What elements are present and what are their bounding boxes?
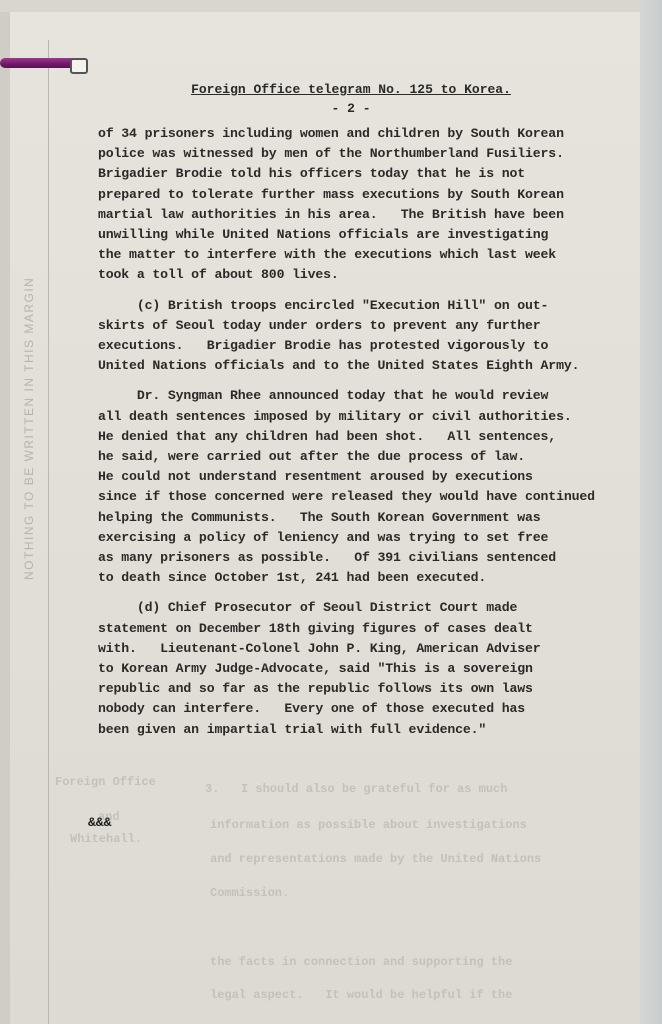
text-line: to death since October 1st, 241 had been…: [98, 568, 658, 588]
text-line: been given an impartial trial with full …: [98, 720, 658, 740]
text-line: nobody can interfere. Every one of those…: [98, 699, 658, 719]
margin-notice: NOTHING TO BE WRITTEN IN THIS MARGIN: [22, 277, 36, 580]
text-line: (c) British troops encircled "Execution …: [98, 296, 658, 316]
text-line: police was witnessed by men of the North…: [98, 144, 658, 164]
text-line: took a toll of about 800 lives.: [98, 265, 658, 285]
text-line: statement on December 18th giving figure…: [98, 619, 658, 639]
text-line: since if those concerned were released t…: [98, 487, 658, 507]
text-line: republic and so far as the republic foll…: [98, 679, 658, 699]
paragraph: Dr. Syngman Rhee announced today that he…: [98, 386, 658, 588]
telegram-heading: Foreign Office telegram No. 125 to Korea…: [0, 82, 662, 97]
text-line: martial law authorities in his area. The…: [98, 205, 658, 225]
page-number: - 2 -: [0, 101, 662, 116]
text-line: (d) Chief Prosecutor of Seoul District C…: [98, 598, 658, 618]
text-line: with. Lieutenant-Colonel John P. King, A…: [98, 639, 658, 659]
heading-text: Foreign Office telegram No. 125 to Korea…: [191, 82, 511, 97]
show-through-margin-1: Foreign Office: [55, 775, 156, 789]
tag-eyelet-icon: [70, 58, 88, 74]
text-line: as many prisoners as possible. Of 391 ci…: [98, 548, 658, 568]
text-line: of 34 prisoners including women and chil…: [98, 124, 658, 144]
page-top-edge: [0, 0, 662, 12]
text-line: the matter to interfere with the executi…: [98, 245, 658, 265]
text-line: Dr. Syngman Rhee announced today that he…: [98, 386, 658, 406]
text-line: He denied that any children had been sho…: [98, 427, 658, 447]
show-through-margin-3: Whitehall.: [70, 832, 142, 846]
text-line: helping the Communists. The South Korean…: [98, 508, 658, 528]
text-line: United Nations officials and to the Unit…: [98, 356, 658, 376]
telegram-body: of 34 prisoners including women and chil…: [98, 124, 658, 750]
text-line: executions. Brigadier Brodie has protest…: [98, 336, 658, 356]
text-line: prepared to tolerate further mass execut…: [98, 185, 658, 205]
text-line: He could not understand resentment arous…: [98, 467, 658, 487]
show-through-line-6: legal aspect. It would be helpful if the: [210, 988, 512, 1002]
end-mark: &&&: [88, 815, 111, 830]
text-line: skirts of Seoul today under orders to pr…: [98, 316, 658, 336]
show-through-line-1: 3. I should also be grateful for as much: [205, 782, 507, 796]
text-line: Brigadier Brodie told his officers today…: [98, 164, 658, 184]
margin-rule: [48, 40, 49, 1024]
show-through-line-4: Commission.: [210, 886, 289, 900]
text-line: he said, were carried out after the due …: [98, 447, 658, 467]
text-line: all death sentences imposed by military …: [98, 407, 658, 427]
text-line: to Korean Army Judge-Advocate, said "Thi…: [98, 659, 658, 679]
treasury-tag-string: [0, 58, 76, 68]
text-line: unwilling while United Nations officials…: [98, 225, 658, 245]
page-number-text: - 2 -: [331, 101, 370, 116]
paragraph: (c) British troops encircled "Execution …: [98, 296, 658, 377]
paragraph: of 34 prisoners including women and chil…: [98, 124, 658, 286]
show-through-line-2: information as possible about investigat…: [210, 818, 527, 832]
show-through-line-3: and representations made by the United N…: [210, 852, 541, 866]
paragraph: (d) Chief Prosecutor of Seoul District C…: [98, 598, 658, 739]
text-line: exercising a policy of leniency and was …: [98, 528, 658, 548]
show-through-line-5: the facts in connection and supporting t…: [210, 955, 512, 969]
